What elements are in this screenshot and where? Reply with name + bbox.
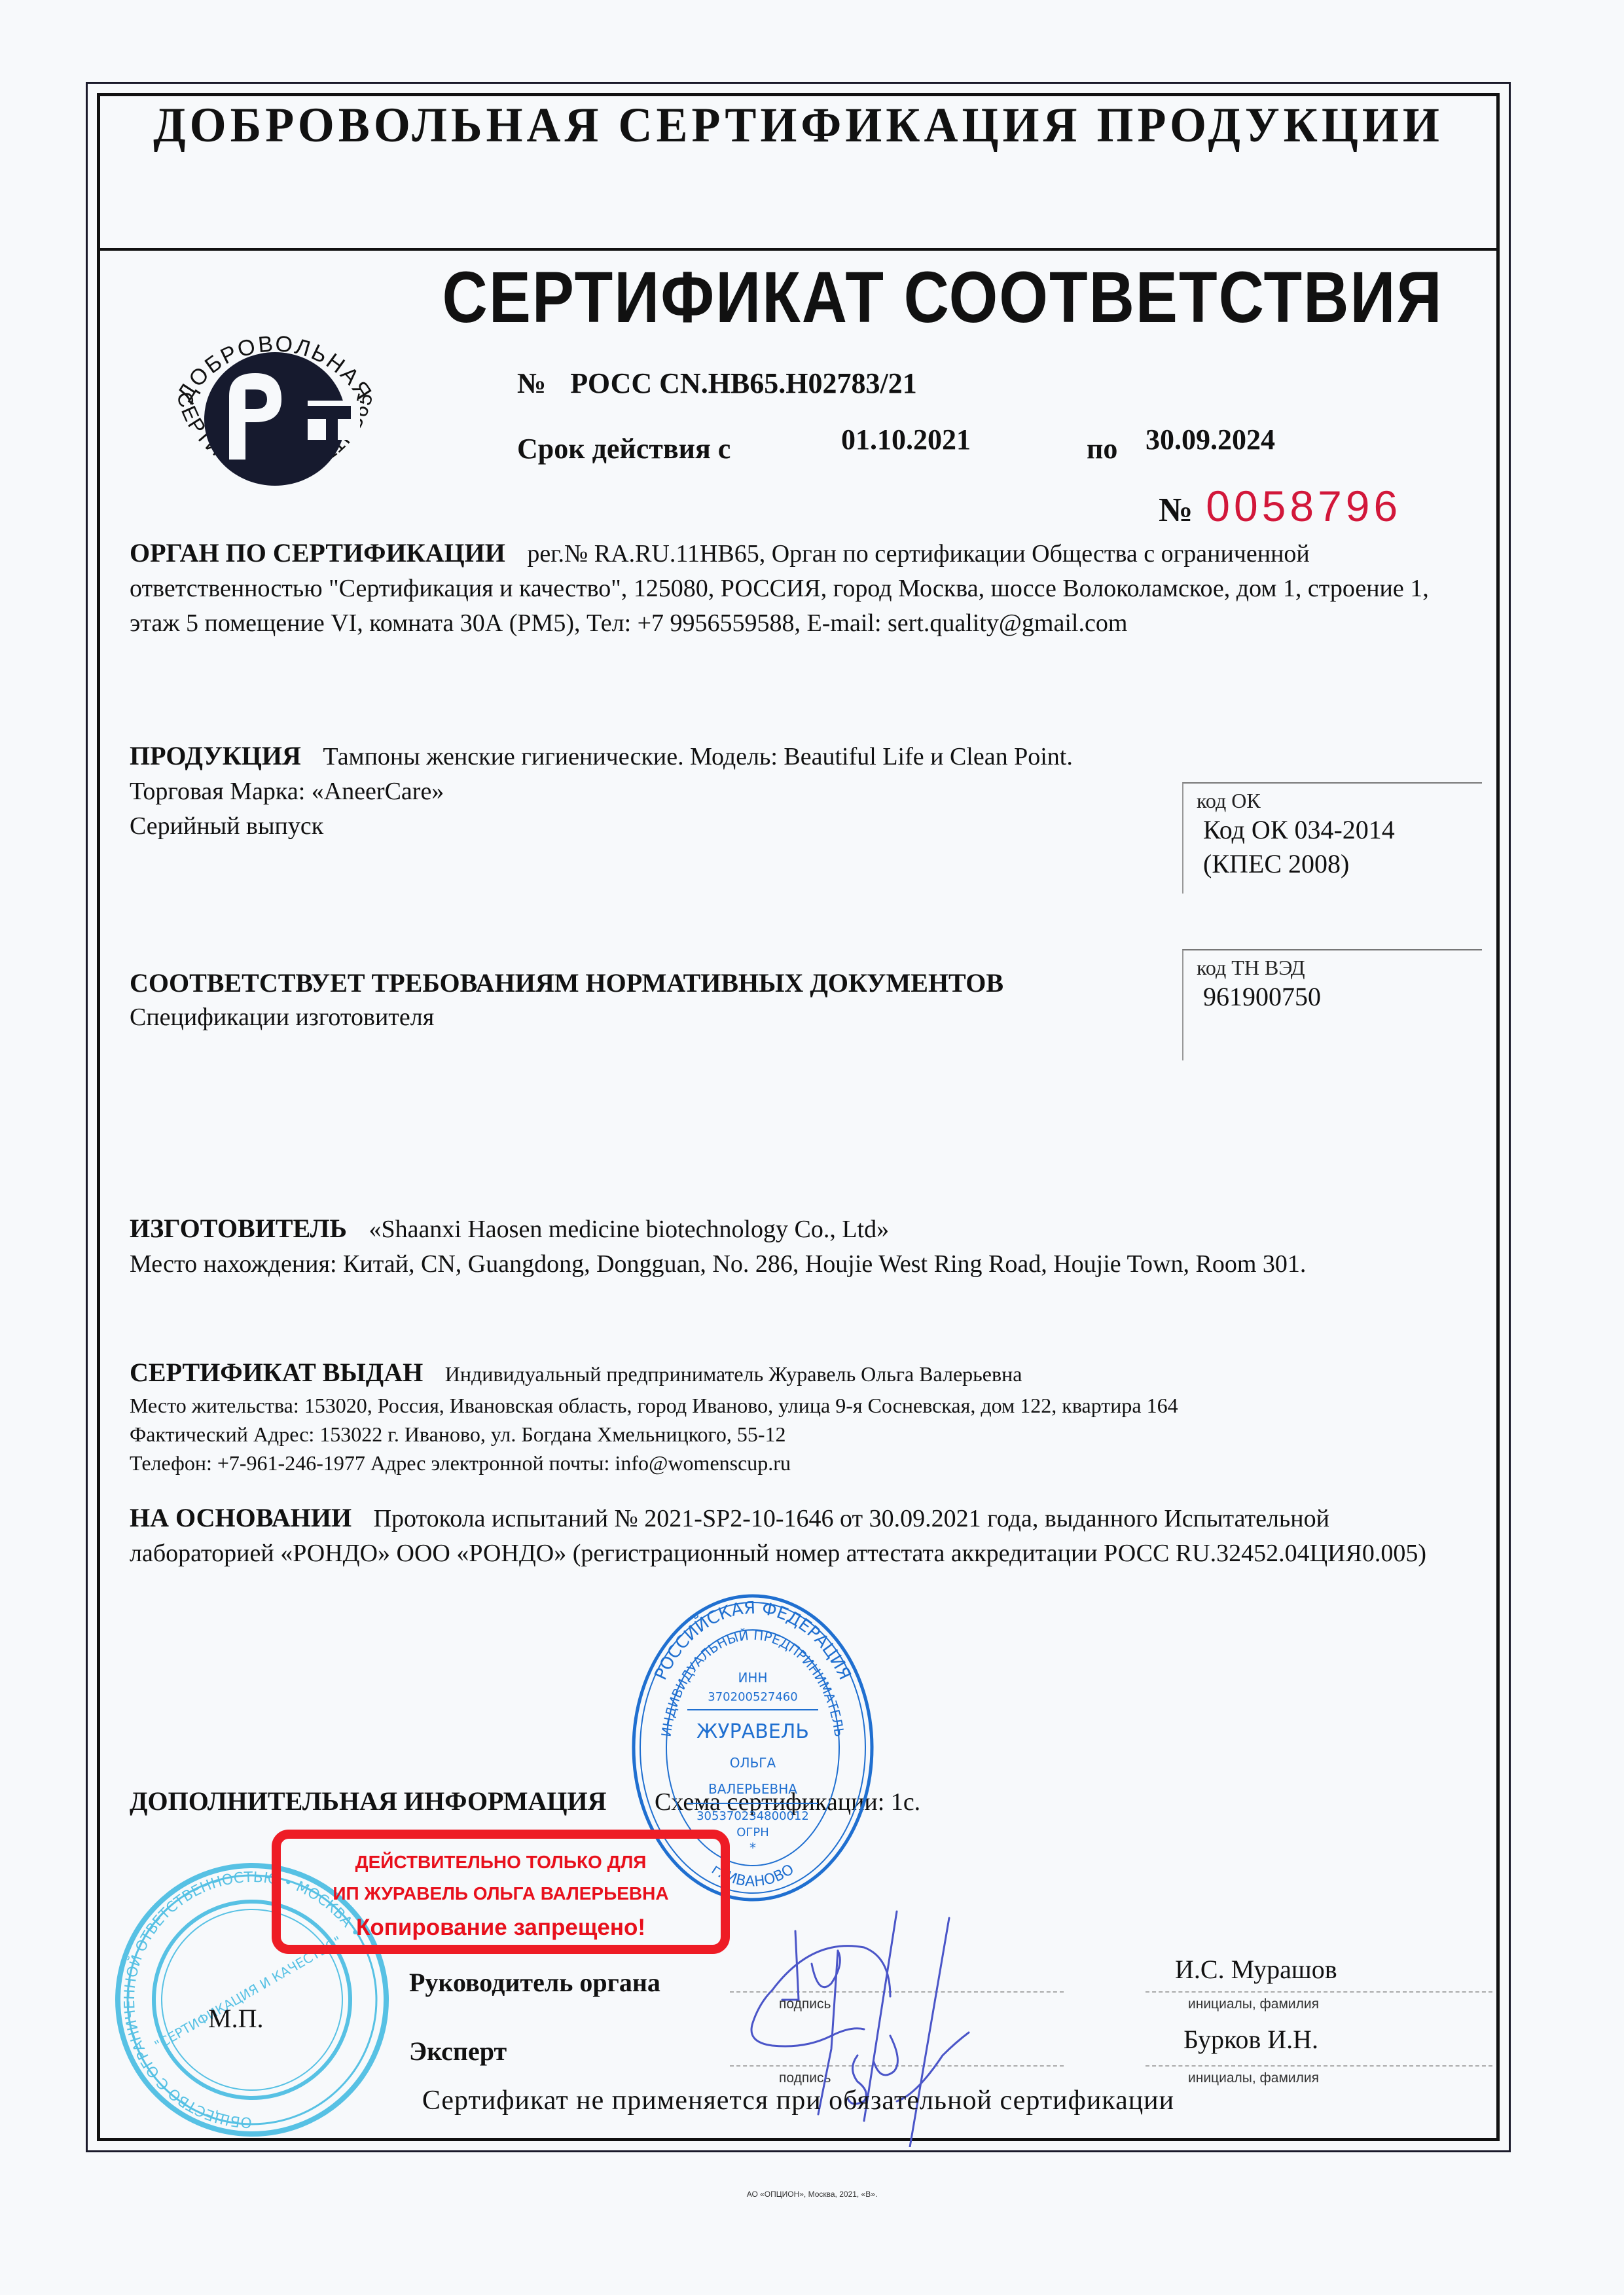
certification-body-heading: ОРГАН ПО СЕРТИФИКАЦИИ (130, 538, 505, 568)
issued-to-actual-address: Фактический Адрес: 153022 г. Иваново, ул… (130, 1420, 1445, 1449)
valid-from-date: 01.10.2021 (841, 423, 971, 456)
svg-text:ОГРН: ОГРН (736, 1826, 769, 1839)
tnved-code-box: код ТН ВЭД 961900750 (1182, 949, 1482, 1060)
valid-to-label: по (1087, 432, 1117, 465)
product-release-type: Серийный выпуск (130, 809, 1170, 844)
rst-certification-mark-icon: ДОБРОВОЛЬНАЯ СЕРТИФИКАЦИЯ 11НВ65 (151, 288, 399, 537)
warning-line-1: ДЕЙСТВИТЕЛЬНО ТОЛЬКО ДЛЯ (281, 1847, 721, 1878)
certificate-title: СЕРТИФИКАТ СООТВЕТСТВИЯ (432, 257, 1453, 340)
issued-to-heading: СЕРТИФИКАТ ВЫДАН (130, 1358, 423, 1387)
svg-text:ЖУРАВЕЛЬ: ЖУРАВЕЛЬ (696, 1720, 809, 1743)
issued-to-contacts: Телефон: +7-961-246-1977 Адрес электронн… (130, 1449, 1445, 1477)
certificate-number: № РОСС CN.НВ65.Н02783/21 (517, 367, 917, 400)
svg-text:*: * (749, 1840, 756, 1856)
manufacturer-heading: ИЗГОТОВИТЕЛЬ (130, 1214, 347, 1243)
manufacturer-address: Место нахождения: Китай, CN, Guangdong, … (130, 1247, 1445, 1282)
tnved-code-label: код ТН ВЭД (1197, 956, 1482, 980)
certification-body-section: ОРГАН ПО СЕРТИФИКАЦИИ рег.№ RA.RU.11НВ65… (130, 535, 1445, 641)
svg-text:ВАЛЕРЬЕВНА: ВАЛЕРЬЕВНА (708, 1781, 797, 1797)
head-of-body-label: Руководитель органа (409, 1967, 660, 1998)
svg-text:ОЛЬГА: ОЛЬГА (730, 1755, 776, 1771)
head-name-line (1146, 1991, 1492, 1993)
basis-section: НА ОСНОВАНИИ Протокола испытаний № 2021-… (130, 1500, 1445, 1571)
tnved-code-value: 961900750 (1203, 980, 1482, 1014)
valid-to-date: 30.09.2024 (1146, 423, 1275, 456)
svg-text:370200527460: 370200527460 (708, 1690, 797, 1704)
printer-imprint: АО «ОПЦИОН», Москва, 2021, «В». (0, 2190, 1624, 2199)
issued-to-residence: Место жительства: 153020, Россия, Иванов… (130, 1391, 1445, 1420)
warning-line-3: Копирование запрещено! (281, 1909, 721, 1946)
validity-label: Срок действия с (517, 433, 731, 465)
serial-number-value: 0058796 (1206, 482, 1401, 530)
product-section: ПРОДУКЦИЯ Тампоны женские гигиенические.… (130, 738, 1170, 844)
validity-period: Срок действия с 01.10.2021 по 30.09.2024 (517, 432, 1335, 478)
additional-info-heading: ДОПОЛНИТЕЛЬНАЯ ИНФОРМАЦИЯ (130, 1786, 606, 1816)
expert-name-line (1146, 2065, 1492, 2067)
expert-label: Эксперт (409, 2036, 507, 2067)
manufacturer-section: ИЗГОТОВИТЕЛЬ «Shaanxi Haosen medicine bi… (130, 1211, 1445, 1282)
product-heading: ПРОДУКЦИЯ (130, 741, 301, 770)
expert-name-caption: инициалы, фамилия (1188, 2070, 1319, 2086)
blank-serial-number: №0058796 (1159, 481, 1401, 532)
svg-text:305370234800012: 305370234800012 (696, 1809, 809, 1823)
ok-code-value: Код ОК 034-2014 (1203, 813, 1482, 847)
voluntary-certification-title: ДОБРОВОЛЬНАЯ СЕРТИФИКАЦИЯ ПРОДУКЦИИ (97, 97, 1500, 154)
mandatory-certification-note: Сертификат не применяется при обязательн… (97, 2085, 1500, 2116)
header-divider (97, 248, 1500, 251)
certificate-number-value: РОСС CN.НВ65.Н02783/21 (570, 367, 917, 399)
seal-place-label: М.П. (208, 2003, 263, 2034)
ok-code-box: код ОК Код ОК 034-2014 (КПЕС 2008) (1182, 782, 1482, 894)
expert-name: Бурков И.Н. (1183, 2024, 1318, 2055)
copy-prohibited-stamp: ДЕЙСТВИТЕЛЬНО ТОЛЬКО ДЛЯ ИП ЖУРАВЕЛЬ ОЛЬ… (272, 1830, 730, 1954)
issued-to-section: СЕРТИФИКАТ ВЫДАН Индивидуальный предприн… (130, 1355, 1445, 1477)
head-name-caption: инициалы, фамилия (1188, 1997, 1319, 2012)
warning-line-2: ИП ЖУРАВЕЛЬ ОЛЬГА ВАЛЕРЬЕВНА (281, 1878, 721, 1909)
issued-to-name: Индивидуальный предприниматель Журавель … (445, 1362, 1022, 1386)
ok-code-classifier: (КПЕС 2008) (1203, 847, 1482, 881)
head-name: И.С. Мурашов (1175, 1954, 1337, 1985)
ok-code-label: код ОК (1197, 789, 1482, 813)
basis-heading: НА ОСНОВАНИИ (130, 1503, 352, 1532)
manufacturer-name: «Shaanxi Haosen medicine biotechnology C… (369, 1216, 889, 1243)
svg-text:ИНН: ИНН (738, 1670, 767, 1686)
